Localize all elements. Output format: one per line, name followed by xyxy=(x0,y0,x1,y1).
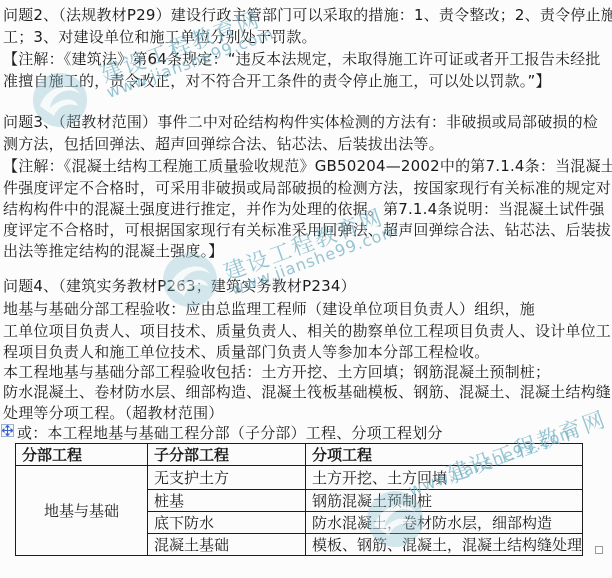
cell-sub: 混凝土基础 xyxy=(148,534,306,556)
cell-items: 模板、钢筋、混凝土，混凝土结构缝处理 xyxy=(306,534,583,556)
table-move-handle-icon[interactable] xyxy=(1,424,14,437)
text-line: 处理等分项工程。（超教材范围） xyxy=(3,404,603,422)
four-arrow-move-icon xyxy=(2,425,13,436)
table-resize-handle[interactable] xyxy=(595,546,603,554)
document-page: 问题2、（法规教材P29）建设行政主管部门可以采取的措施：1、责令整改；2、责令… xyxy=(0,0,612,578)
text-line: 【注解：《建筑法》第64条规定：“违反本法规定，未取得施工许可证或者开工报告未经… xyxy=(3,50,603,68)
division-table: 分部工程 子分部工程 分项工程 地基与基础 无支护土方 土方开挖、土方回填 桩基… xyxy=(15,443,583,556)
col-header-sub-subdivision: 子分部工程 xyxy=(148,444,306,466)
cell-sub: 无支护土方 xyxy=(148,466,306,490)
table-header-row: 分部工程 子分部工程 分项工程 xyxy=(16,444,583,466)
text-line: 工单位项目负责人、项目技术、质量负责人、相关的勘察单位工程项目负责人、设计单位工 xyxy=(3,322,603,340)
table-row: 地基与基础 无支护土方 土方开挖、土方回填 xyxy=(16,466,583,490)
text-line: 程项目负责人和施工单位技术、质量部门负责人等参加本分部工程检收。 xyxy=(3,343,603,361)
text-line: 件强度评定不合格时，可采用非破损或局部破损的检测方法，按国家现行有关标准的规定对 xyxy=(3,179,603,197)
text-line: 地基与基础分部工程验收：应由总监理工程师（建设单位项目负责人）组织，施 xyxy=(3,300,603,318)
cell-items: 防水混凝土，卷材防水层，细部构造 xyxy=(306,512,583,534)
cell-sub: 底下防水 xyxy=(148,512,306,534)
text-line: 度评定不合格时，可根据国家现行有关标准采用回弹法、超声回弹综合法、钻芯法、后装拔 xyxy=(3,221,603,239)
col-header-item-works: 分项工程 xyxy=(306,444,583,466)
merged-cell-foundation: 地基与基础 xyxy=(16,466,148,556)
text-line: 测方法，包括回弹法、超声回弹综合法、钻芯法、后装拔出法等。 xyxy=(3,135,603,153)
text-line: 问题4、（建筑实务教材P263；建筑实务教材P234） xyxy=(3,277,603,295)
cell-items: 土方开挖、土方回填 xyxy=(306,466,583,490)
text-line: 准擅自施工的，责令改正，对不符合开工条件的责令停止施工，可以处以罚款。”】 xyxy=(3,72,603,90)
col-header-subdivision: 分部工程 xyxy=(16,444,148,466)
cell-items: 钢筋混凝土预制桩 xyxy=(306,490,583,512)
text-line: 问题2、（法规教材P29）建设行政主管部门可以采取的措施：1、责令整改；2、责令… xyxy=(3,6,603,24)
text-line: 问题3、（超教材范围）事件二中对砼结构构件实体检测的方法有：非破损或局部破损的检 xyxy=(3,113,603,131)
cell-sub: 桩基 xyxy=(148,490,306,512)
text-line: 【注解：《混凝土结构工程施工质量验收规范》GB50204—2002中的第7.1.… xyxy=(3,157,603,175)
text-line: 防水混凝土、卷材防水层、细部构造、混凝土筏板基础模板、钢筋、混凝土、混凝土结构缝 xyxy=(3,383,603,401)
text-line: 出法等推定结构的混凝土强度。】 xyxy=(3,242,603,260)
text-line: 工；3、对建设单位和施工单位分别处于罚款。 xyxy=(3,28,603,46)
text-line: 或：本工程地基与基础工程分部（子分部）工程、分项工程划分 xyxy=(17,424,612,442)
text-line: 本工程地基与基础分部工程验收包括：土方开挖、土方回填；钢筋混凝土预制桩； xyxy=(3,363,603,381)
text-line: 结构构件中的混凝土强度进行推定，并作为处理的依据。第7.1.4条说明：当混凝土试… xyxy=(3,200,603,218)
